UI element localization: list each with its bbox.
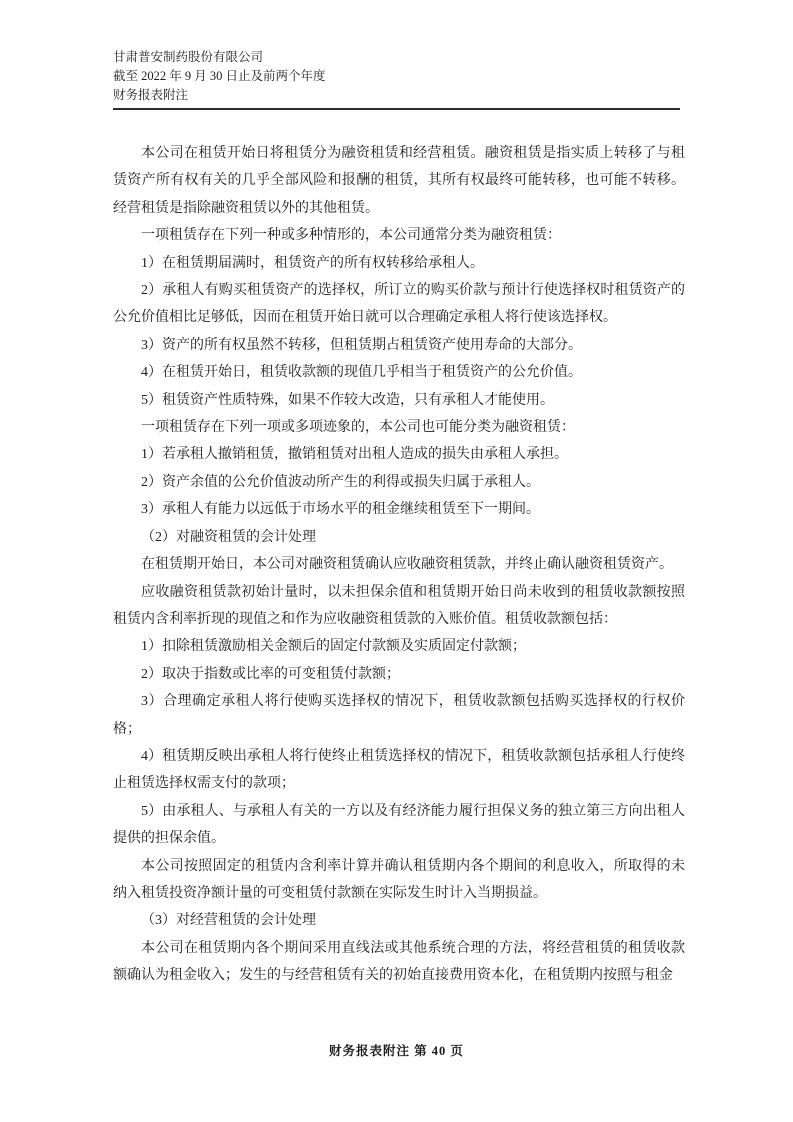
paragraph: 2）取决于指数或比率的可变租赁付款额； [113,661,685,688]
paragraph: 在租赁期开始日，本公司对融资租赁确认应收融资租赁款，并终止确认融资租赁资产。 [113,551,685,578]
paragraph: 3）资产的所有权虽然不转移，但租赁期占租赁资产使用寿命的大部分。 [113,332,685,359]
document-body: 本公司在租赁开始日将租赁分为融资租赁和经营租赁。融资租赁是指实质上转移了与租赁资… [113,140,685,990]
paragraph: 一项租赁存在下列一种或多种情形的，本公司通常分类为融资租赁： [113,222,685,249]
paragraph: 4）在租赁开始日，租赁收款额的现值几乎相当于租赁资产的公允价值。 [113,359,685,386]
paragraph: 2）资产余值的公允价值波动所产生的利得或损失归属于承租人。 [113,469,685,496]
paragraph: 2）承租人有购买租赁资产的选择权，所订立的购买价款与预计行使选择权时租赁资产的公… [113,277,685,332]
paragraph: 5）由承租人、与承租人有关的一方以及有经济能力履行担保义务的独立第三方向出租人提… [113,798,685,853]
document-title: 财务报表附注 [113,86,683,105]
report-period: 截至 2022 年 9 月 30 日止及前两个年度 [113,67,683,86]
paragraph: 应收融资租赁款初始计量时，以未担保余值和租赁期开始日尚未收到的租赁收款额按照租赁… [113,579,685,634]
paragraph: 本公司在租赁开始日将租赁分为融资租赁和经营租赁。融资租赁是指实质上转移了与租赁资… [113,140,685,222]
paragraph: 本公司在租赁期内各个期间采用直线法或其他系统合理的方法，将经营租赁的租赁收款额确… [113,935,685,990]
company-name: 甘肃普安制药股份有限公司 [113,48,683,67]
page-footer-text: 财务报表附注 第 40 页 [0,1041,793,1059]
paragraph: 3）合理确定承租人将行使购买选择权的情况下，租赁收款额包括购买选择权的行权价格； [113,688,685,743]
paragraph: 4）租赁期反映出承租人将行使终止租赁选择权的情况下，租赁收款额包括承租人行使终止… [113,743,685,798]
paragraph: 1）在租赁期届满时，租赁资产的所有权转移给承租人。 [113,250,685,277]
page-header: 甘肃普安制药股份有限公司 截至 2022 年 9 月 30 日止及前两个年度 财… [113,48,683,105]
paragraph: 一项租赁存在下列一项或多项迹象的，本公司也可能分类为融资租赁： [113,414,685,441]
paragraph: （3）对经营租赁的会计处理 [113,907,685,934]
paragraph: 5）租赁资产性质特殊，如果不作较大改造，只有承租人才能使用。 [113,387,685,414]
paragraph: 1）扣除租赁激励相关金额后的固定付款额及实质固定付款额； [113,633,685,660]
paragraph: （2）对融资租赁的会计处理 [113,524,685,551]
paragraph: 本公司按照固定的租赁内含利率计算并确认租赁期内各个期间的利息收入，所取得的未纳入… [113,853,685,908]
document-page: 甘肃普安制药股份有限公司 截至 2022 年 9 月 30 日止及前两个年度 财… [0,0,793,1122]
paragraph: 3）承租人有能力以远低于市场水平的租金继续租赁至下一期间。 [113,496,685,523]
paragraph: 1）若承租人撤销租赁，撤销租赁对出租人造成的损失由承租人承担。 [113,441,685,468]
header-divider-line [113,108,680,110]
